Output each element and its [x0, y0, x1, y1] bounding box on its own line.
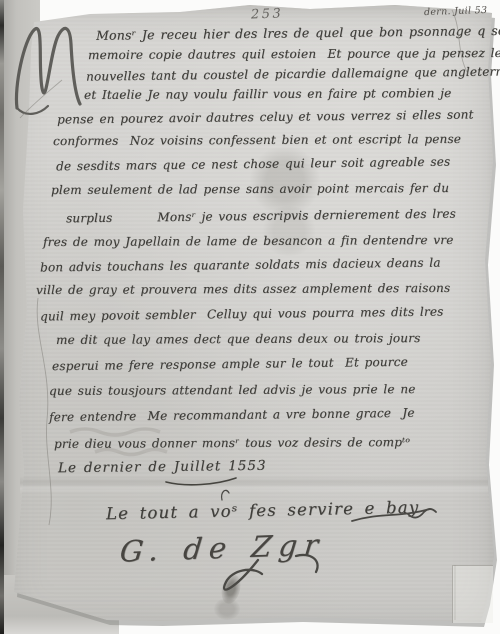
manuscript-line: que suis tousjours attendant led advis j…: [49, 383, 416, 397]
manuscript-line: fres de moy Japellain de lame de besanco…: [43, 234, 454, 248]
manuscript-scan: 253 dern. Juil 53 Monsʳ Je receu hier de…: [0, 0, 500, 634]
manuscript-line: nouvelles tant du coustel de picardie da…: [86, 65, 500, 82]
manuscript-line: plem seulement de lad pense sans avoir p…: [51, 182, 449, 196]
manuscript-line: fere entendre Me recommandant a vre bonn…: [49, 407, 415, 423]
manuscript-line: quil mey povoit sembler Celluy qui vous …: [40, 306, 444, 323]
manuscript-line: Monsʳ Je receu hier des lres de quel que…: [96, 24, 500, 42]
manuscript-line: Le dernier de Juillet 1553: [58, 460, 267, 476]
manuscript-line: me dit que lay ames dect que deans deux …: [56, 332, 421, 346]
manuscript-line: ville de gray et prouvera mes dits assez…: [36, 282, 450, 296]
manuscript-line: surplus Monsʳ je vous escripvis derniere…: [66, 208, 456, 225]
manuscript-line: bon advis touchans les quarante soldats …: [40, 257, 441, 274]
manuscript-line: pense en pourez avoir dautres celuy et v…: [57, 108, 474, 125]
manuscript-line: et Itaelie Je nay voulu faillir vous en …: [84, 87, 451, 101]
signature: G. de Zgr: [118, 527, 327, 568]
manuscript-line: prie dieu vous donner monsʳ tous voz des…: [54, 436, 410, 450]
manuscript-line: de sesdits mars que ce nest chose qui le…: [56, 156, 450, 173]
manuscript-line: memoire copie dautres quil estoien Et po…: [88, 47, 500, 61]
manuscript-line: esperui me fere response ample sur le to…: [52, 356, 408, 372]
manuscript-line: conformes Noz voisins confessent bien et…: [53, 133, 461, 147]
